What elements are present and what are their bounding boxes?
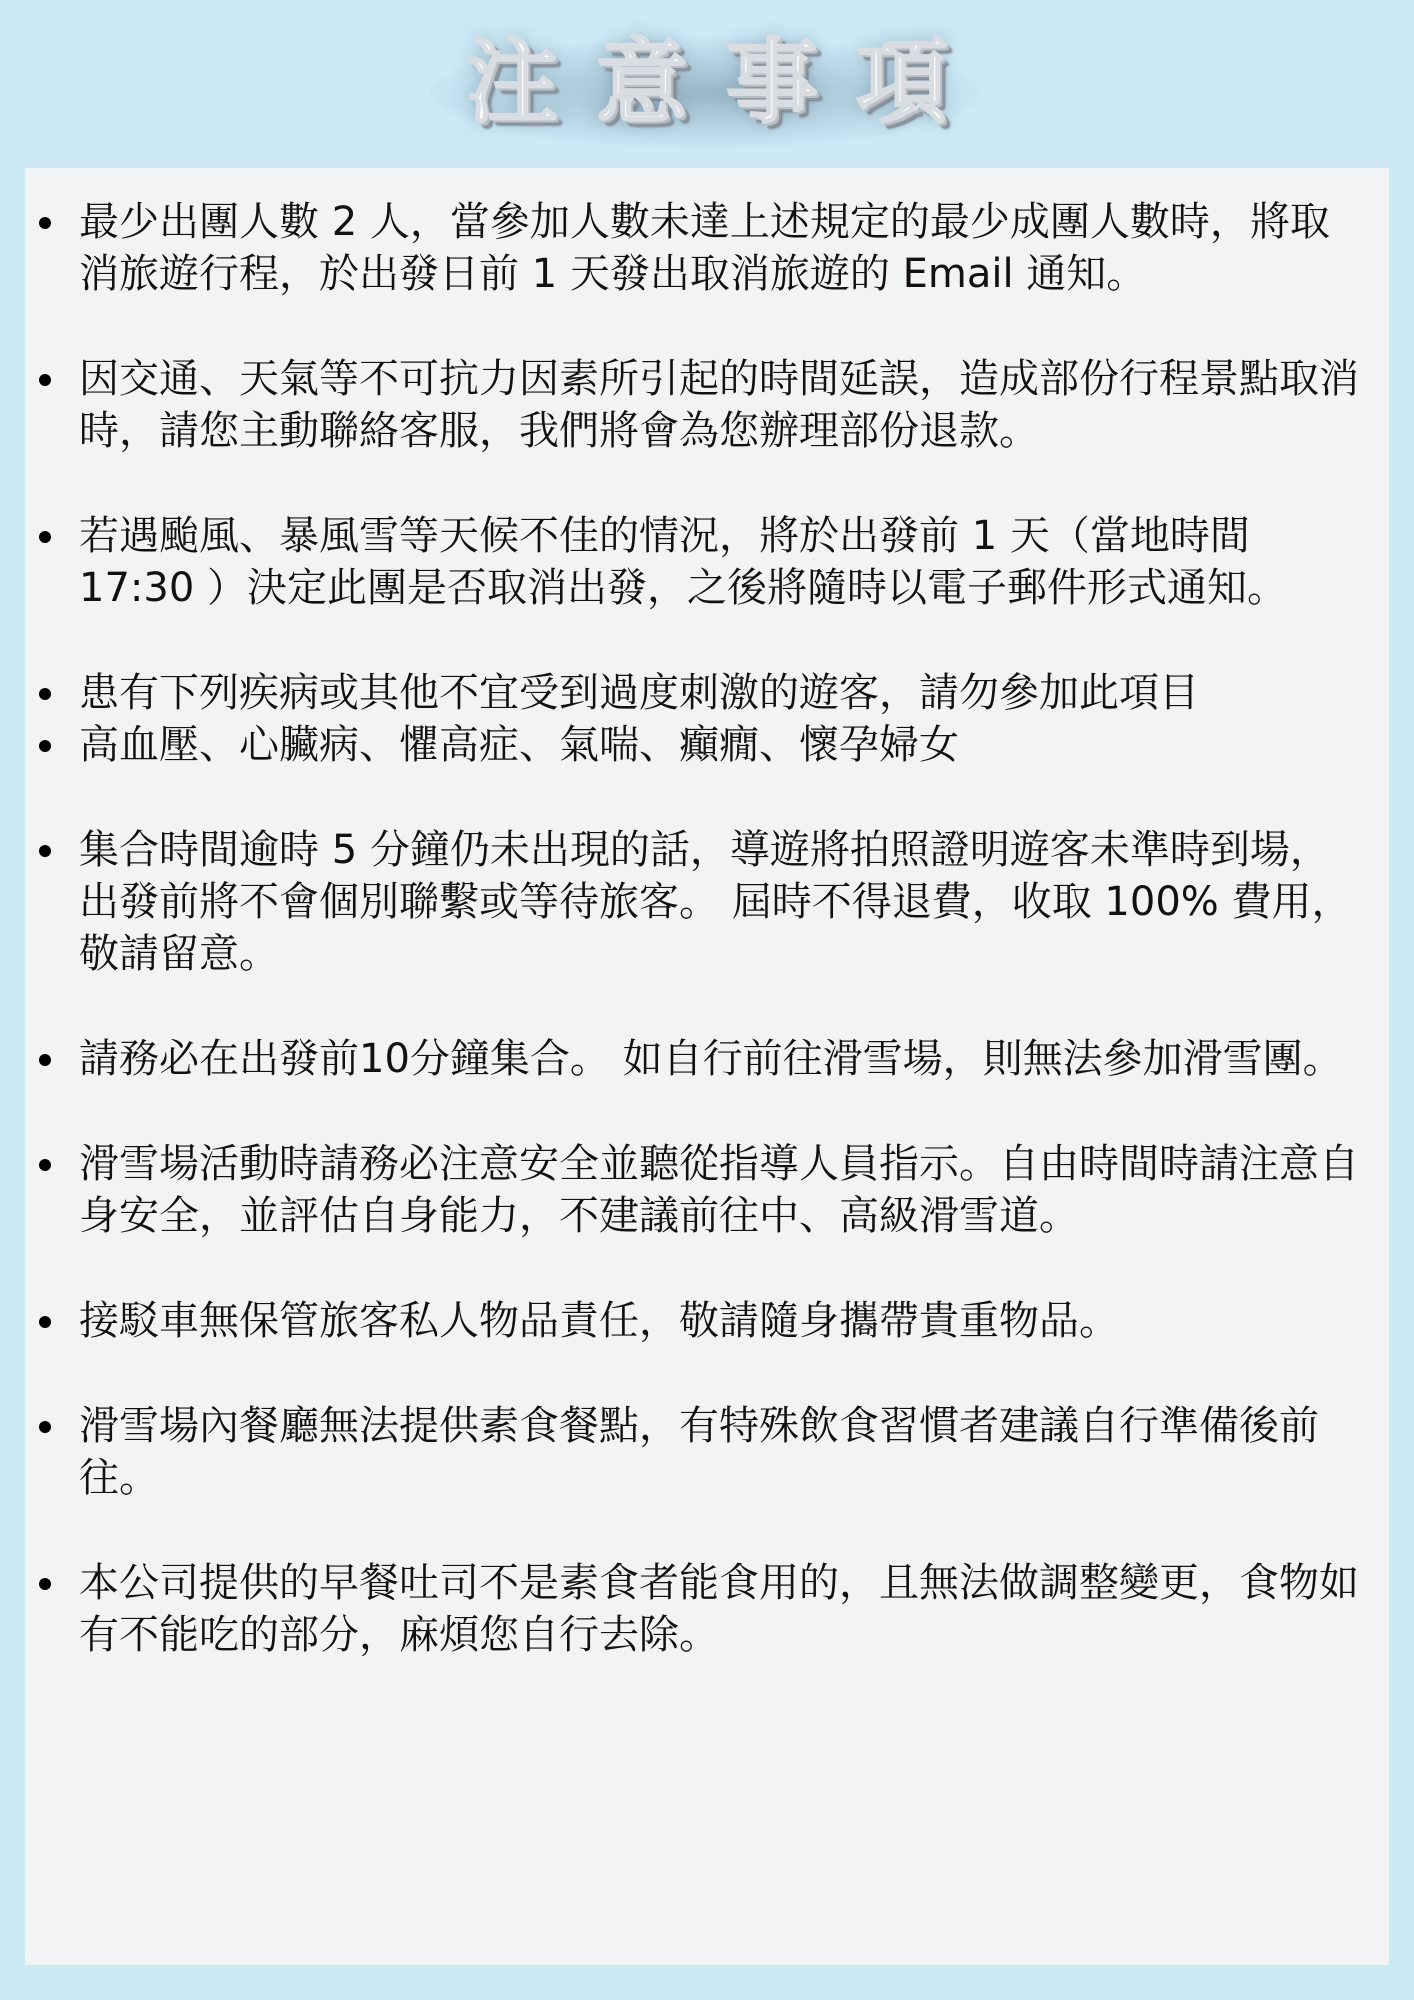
- notice-item-breakfast: 本公司提供的早餐吐司不是素食者能食用的，且無法做調整變更，食物如有不能吃的部分，…: [25, 1557, 1389, 1661]
- notice-text: 最少出團人數 2 人，當參加人數未達上述規定的最少成團人數時，將取消旅遊行程，於…: [79, 199, 1330, 297]
- notice-text: 接駁車無保管旅客私人物品責任，敬請隨身攜帶貴重物品。: [79, 1298, 1119, 1344]
- notice-text: 高血壓、心臟病、懼高症、氣喘、癲癇、懷孕婦女: [79, 722, 959, 768]
- bullet-icon: [39, 1054, 51, 1066]
- notice-list: 最少出團人數 2 人，當參加人數未達上述規定的最少成團人數時，將取消旅遊行程，於…: [25, 168, 1389, 1661]
- notice-item-late: 集合時間逾時 5 分鐘仍未出現的話，導遊將拍照證明遊客未準時到場，出發前將不會個…: [25, 824, 1389, 980]
- notice-item-min-group: 最少出團人數 2 人，當參加人數未達上述規定的最少成團人數時，將取消旅遊行程，於…: [25, 196, 1389, 300]
- page-title: 注意事項: [428, 37, 986, 129]
- notice-item-vegetarian: 滑雪場內餐廳無法提供素食餐點，有特殊飲食習慣者建議自行準備後前往。: [25, 1400, 1389, 1504]
- notice-text: 集合時間逾時 5 分鐘仍未出現的話，導遊將拍照證明遊客未準時到場，出發前將不會個…: [79, 827, 1352, 977]
- notice-text: 患有下列疾病或其他不宜受到過度刺激的遊客，請勿參加此項目: [79, 670, 1199, 716]
- notice-item-health: 患有下列疾病或其他不宜受到過度刺激的遊客，請勿參加此項目: [25, 667, 1389, 719]
- bullet-icon: [39, 217, 51, 229]
- notice-item-ski-safety: 滑雪場活動時請務必注意安全並聽從指導人員指示。自由時間時請注意自身安全，並評估自…: [25, 1138, 1389, 1242]
- bullet-icon: [39, 1159, 51, 1171]
- bullet-icon: [39, 374, 51, 386]
- bullet-icon: [39, 531, 51, 543]
- notice-text: 本公司提供的早餐吐司不是素食者能食用的，且無法做調整變更，食物如有不能吃的部分，…: [79, 1560, 1359, 1658]
- notice-item-meeting-time: 請務必在出發前10分鐘集合。 如自行前往滑雪場，則無法參加滑雪團。: [25, 1033, 1389, 1085]
- notice-text: 若遇颱風、暴風雪等天候不佳的情況，將於出發前 1 天（當地時間 17:30 ）決…: [79, 513, 1287, 611]
- notice-text: 滑雪場活動時請務必注意安全並聽從指導人員指示。自由時間時請注意自身安全，並評估自…: [79, 1141, 1359, 1239]
- bullet-icon: [39, 845, 51, 857]
- notice-text: 請務必在出發前10分鐘集合。 如自行前往滑雪場，則無法參加滑雪團。: [79, 1036, 1343, 1082]
- bullet-icon: [39, 1578, 51, 1590]
- title-banner: 注意事項: [0, 18, 1414, 148]
- notice-item-force-majeure: 因交通、天氣等不可抗力因素所引起的時間延誤，造成部份行程景點取消時，請您主動聯絡…: [25, 353, 1389, 457]
- bullet-icon: [39, 1421, 51, 1433]
- bullet-icon: [39, 740, 51, 752]
- notice-panel: 最少出團人數 2 人，當參加人數未達上述規定的最少成團人數時，將取消旅遊行程，於…: [25, 168, 1389, 1965]
- notice-text: 滑雪場內餐廳無法提供素食餐點，有特殊飲食習慣者建議自行準備後前往。: [79, 1403, 1319, 1501]
- notice-item-weather: 若遇颱風、暴風雪等天候不佳的情況，將於出發前 1 天（當地時間 17:30 ）決…: [25, 510, 1389, 614]
- notice-item-conditions: 高血壓、心臟病、懼高症、氣喘、癲癇、懷孕婦女: [25, 719, 1389, 771]
- notice-text: 因交通、天氣等不可抗力因素所引起的時間延誤，造成部份行程景點取消時，請您主動聯絡…: [79, 356, 1359, 454]
- notice-item-belongings: 接駁車無保管旅客私人物品責任，敬請隨身攜帶貴重物品。: [25, 1295, 1389, 1347]
- bullet-icon: [39, 1316, 51, 1328]
- bullet-icon: [39, 688, 51, 700]
